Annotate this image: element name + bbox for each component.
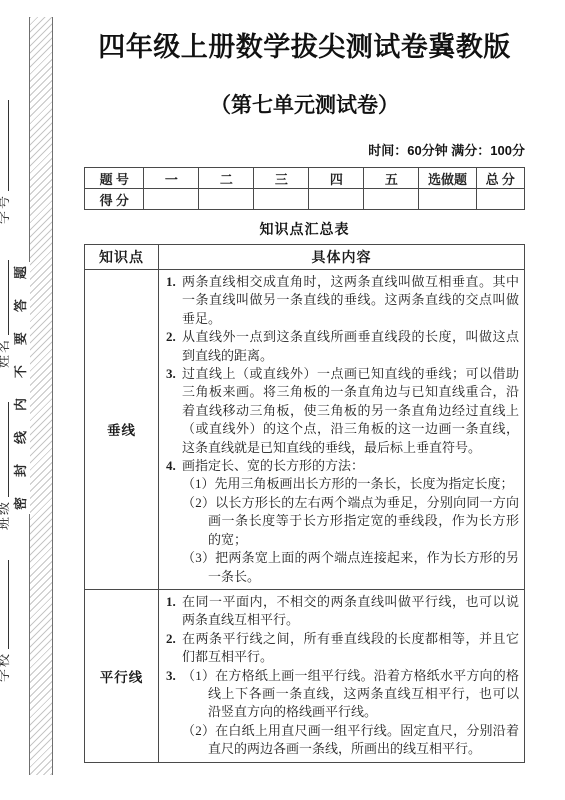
school-label: 学校: [0, 560, 12, 682]
score-col-header: 二: [199, 168, 254, 189]
score-table-score-row: 得 分: [85, 189, 525, 210]
item-number: 2.: [166, 630, 176, 648]
item-text: 在同一平面内，不相交的两条直线叫做平行线，也可以说两条直线互相平行。: [182, 594, 519, 627]
paper-title: 四年级上册数学拔尖测试卷冀教版: [84, 25, 525, 64]
score-table-header-row: 题 号 一二三四五选做题总 分: [85, 168, 525, 189]
fill-in-blank-line: [8, 260, 9, 335]
class-label: 班级: [0, 402, 12, 530]
seal-text-char: 题: [10, 266, 29, 279]
item-number: 1.: [166, 273, 176, 291]
topic-cell: 垂线: [85, 270, 159, 590]
fill-in-blank-line: [8, 402, 9, 497]
item-text: 在两条平行线之间，所有垂直线段的长度都相等，并且它们都互相平行。: [182, 631, 519, 664]
side-label-text: 学校: [0, 652, 12, 682]
paper-subtitle: （第七单元测试卷）: [84, 89, 525, 119]
knowledge-item: 1.两条直线相交成直角时，这两条直线叫做互相垂直。其中一条直线叫做另一条直线的垂…: [166, 273, 519, 328]
score-col-header: 四: [309, 168, 364, 189]
knowledge-table-header-row: 知识点 具体内容: [85, 245, 525, 270]
knowledge-subitem: （2）在白纸上用直尺画一组平行线。固定直尺，分别沿着直尺的两边各画一条线，所画出…: [182, 722, 519, 759]
side-label-text: 班级: [0, 500, 12, 530]
item-number: 3.: [166, 667, 176, 685]
student-id-label: 学号: [0, 100, 12, 224]
item-number: 1.: [166, 593, 176, 611]
seal-text-char: 线: [10, 431, 29, 444]
score-col-header: 总 分: [476, 168, 524, 189]
exam-paper: { "page": { "title": "四年级上册数学拔尖测试卷冀教版", …: [0, 0, 565, 800]
summary-table-title: 知识点汇总表: [84, 219, 525, 239]
time-score-info: 时间：60分钟 满分：100分: [84, 140, 525, 159]
seal-text-char: 密: [10, 497, 29, 510]
knowledge-item: 3.过直线上（或直线外）一点画已知直线的垂线；可以借助三角板来画。将三角板的一条…: [166, 365, 519, 457]
score-input-cell: [254, 189, 309, 210]
score-input-cell: [476, 189, 524, 210]
knowledge-subitem: （1）先用三角板画出长方形的一条长，长度为指定长度；: [182, 475, 519, 493]
item-number: 3.: [166, 365, 176, 383]
topic-cell: 平行线: [85, 589, 159, 762]
score-input-cell: [419, 189, 476, 210]
knowledge-subitem: （1）在方格纸上画一组平行线。沿着方格纸水平方向的格线上下各画一条直线，这两条直…: [182, 667, 519, 722]
score-col-header: 五: [364, 168, 419, 189]
knowledge-item: 1.在同一平面内，不相交的两条直线叫做平行线，也可以说两条直线互相平行。: [166, 593, 519, 630]
seal-band-hatch: [29, 17, 53, 775]
score-col-header: 三: [254, 168, 309, 189]
score-col-header: 选做题: [419, 168, 476, 189]
score-input-cell: [199, 189, 254, 210]
knowledge-col-header: 知识点: [85, 245, 159, 270]
content-cell: 1.在同一平面内，不相交的两条直线叫做平行线，也可以说两条直线互相平行。2.在两…: [159, 589, 525, 762]
knowledge-row: 平行线1.在同一平面内，不相交的两条直线叫做平行线，也可以说两条直线互相平行。2…: [85, 589, 525, 762]
item-number: 4.: [166, 457, 176, 475]
item-text: 从直线外一点到这条直线所画垂直线段的长度，叫做这点到直线的距离。: [182, 329, 519, 362]
item-number: 2.: [166, 328, 176, 346]
score-input-cell: [144, 189, 199, 210]
content-cell: 1.两条直线相交成直角时，这两条直线叫做互相垂直。其中一条直线叫做另一条直线的垂…: [159, 270, 525, 590]
side-label-text: 姓名: [0, 338, 12, 368]
side-label-text: 学号: [0, 194, 12, 224]
content-col-header: 具体内容: [159, 245, 525, 270]
score-row-label: 得 分: [85, 189, 144, 210]
name-label: 姓名: [0, 260, 12, 368]
fill-in-blank-line: [8, 560, 9, 649]
score-table: 题 号 一二三四五选做题总 分 得 分: [84, 167, 525, 210]
knowledge-subitem: （3）把两条宽上面的两个端点连接起来，作为长方形的另一条长。: [182, 549, 519, 586]
paper-content: 四年级上册数学拔尖测试卷冀教版 （第七单元测试卷） 时间：60分钟 满分：100…: [84, 0, 525, 763]
score-col-label: 题 号: [85, 168, 144, 189]
seal-text-char: 答: [10, 299, 29, 312]
knowledge-item: 4.画指定长、宽的长方形的方法：（1）先用三角板画出长方形的一条长，长度为指定长…: [166, 457, 519, 586]
knowledge-item: 2.从直线外一点到这条直线所画垂直线段的长度，叫做这点到直线的距离。: [166, 328, 519, 365]
knowledge-item: 3.（1）在方格纸上画一组平行线。沿着方格纸水平方向的格线上下各画一条直线，这两…: [166, 667, 519, 759]
score-col-header: 一: [144, 168, 199, 189]
knowledge-table: 知识点 具体内容 垂线1.两条直线相交成直角时，这两条直线叫做互相垂直。其中一条…: [84, 244, 525, 763]
item-text: 两条直线相交成直角时，这两条直线叫做互相垂直。其中一条直线叫做另一条直线的垂线。…: [182, 274, 519, 326]
seal-text-char: 内: [10, 398, 29, 411]
knowledge-item: 2.在两条平行线之间，所有垂直线段的长度都相等，并且它们都互相平行。: [166, 630, 519, 667]
score-input-cell: [309, 189, 364, 210]
item-text: 过直线上（或直线外）一点画已知直线的垂线；可以借助三角板来画。将三角板的一条直角…: [182, 366, 519, 455]
seal-text-char: 封: [10, 464, 29, 477]
score-input-cell: [364, 189, 419, 210]
knowledge-subitem: （2）以长方形长的左右两个端点为垂足，分别向同一方向画一条长度等于长方形指定宽的…: [182, 494, 519, 549]
seal-text-char: 要: [10, 332, 29, 345]
seal-text-char: 不: [10, 365, 29, 378]
fill-in-blank-line: [8, 100, 9, 191]
item-text: 画指定长、宽的长方形的方法：: [182, 458, 364, 473]
knowledge-row: 垂线1.两条直线相交成直角时，这两条直线叫做互相垂直。其中一条直线叫做另一条直线…: [85, 270, 525, 590]
